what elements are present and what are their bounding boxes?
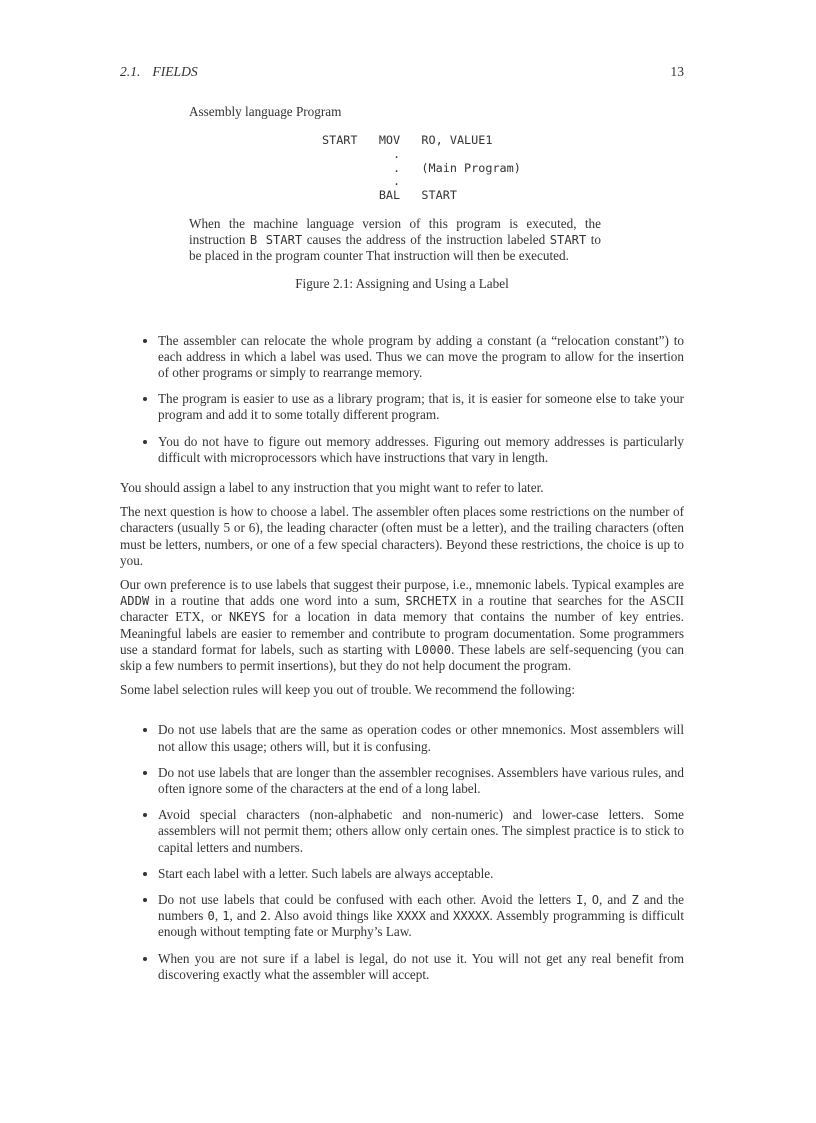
rule-item-when-unsure: When you are not sure if a label is lega…	[158, 951, 684, 983]
section-title: FIELDS	[152, 64, 197, 79]
rule-item-length: Do not use labels that are longer than t…	[158, 765, 684, 797]
paragraph-selection-rules-intro: Some label selection rules will keep you…	[120, 682, 684, 698]
benefit-item-addresses: You do not have to figure out memory add…	[158, 434, 684, 466]
figure-2-1: Assembly language Program START MOV RO, …	[120, 104, 684, 292]
rule-item-opcodes: Do not use labels that are the same as o…	[158, 722, 684, 754]
page-number: 13	[670, 64, 684, 80]
paragraph-choosing-label: The next question is how to choose a lab…	[120, 504, 684, 569]
running-header: 2.1.FIELDS 13	[120, 64, 684, 80]
assembly-code-listing: START MOV RO, VALUE1 . . (Main Program) …	[322, 134, 601, 202]
paragraph-assign-label: You should assign a label to any instruc…	[120, 480, 684, 496]
label-benefits-list: The assembler can relocate the whole pro…	[120, 333, 684, 466]
rule-item-confusable: Do not use labels that could be confused…	[158, 892, 684, 941]
section-number: 2.1.	[120, 64, 140, 79]
rule-item-start-letter: Start each label with a letter. Such lab…	[158, 866, 684, 882]
figure-explanation: When the machine language version of thi…	[189, 216, 601, 264]
section-heading: 2.1.FIELDS	[120, 64, 198, 80]
benefit-item-relocation: The assembler can relocate the whole pro…	[158, 333, 684, 382]
document-page: 2.1.FIELDS 13 Assembly language Program …	[0, 0, 816, 1123]
figure-intro-text: Assembly language Program	[189, 104, 601, 120]
label-rules-list: Do not use labels that are the same as o…	[120, 722, 684, 983]
figure-caption: Figure 2.1: Assigning and Using a Label	[120, 276, 684, 292]
figure-body: Assembly language Program START MOV RO, …	[189, 104, 601, 264]
rule-item-special-chars: Avoid special characters (non-alphabetic…	[158, 807, 684, 856]
paragraph-mnemonic-labels: Our own preference is to use labels that…	[120, 577, 684, 674]
benefit-item-library: The program is easier to use as a librar…	[158, 391, 684, 423]
